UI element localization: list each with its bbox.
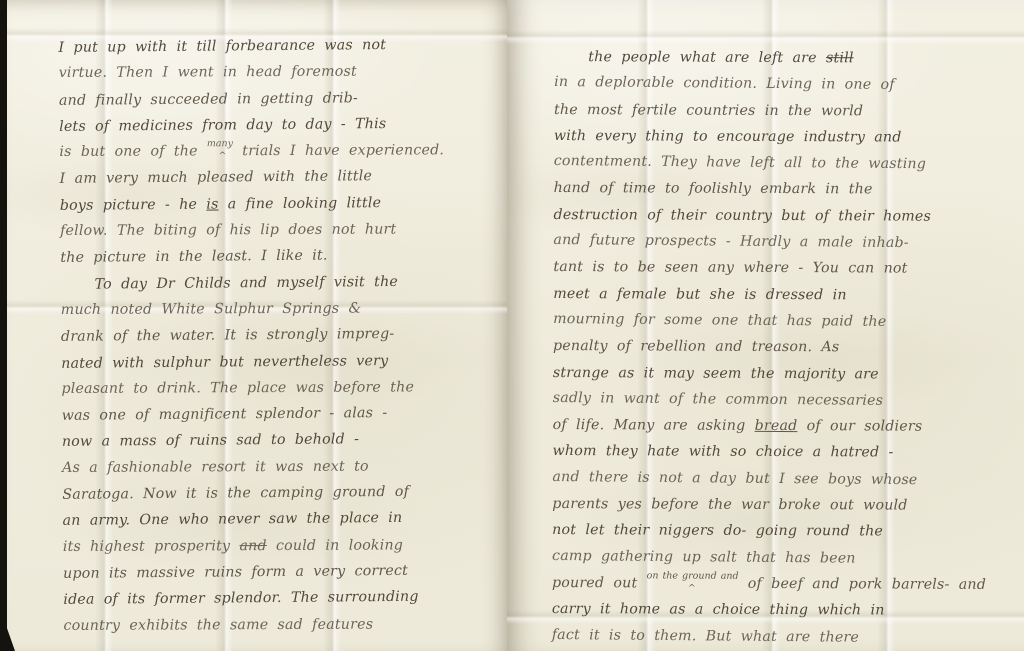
handwritten-line: poured out on the ground and of beef and… [552, 570, 1012, 598]
handwriting-segment: contentment. They have left all to the w… [554, 153, 926, 172]
letter-page-right: the people what are left are stillin a d… [507, 0, 1024, 651]
handwriting-insert-segment: on the ground and [647, 563, 739, 590]
handwritten-line: the picture in the least. I like it. [60, 242, 490, 272]
handwriting-segment: country exhibits the same sad features [63, 616, 373, 633]
handwritten-line: and future prospects - Hardly a male inh… [553, 227, 1013, 257]
handwriting-segment: meet a female but she is dressed in [553, 286, 847, 303]
handwriting-segment: whom they hate with so choice a hatred - [553, 443, 894, 460]
handwritten-line: whom they hate with so choice a hatred - [552, 438, 1012, 466]
handwritten-line: an army. One who never saw the place in [62, 504, 492, 534]
handwritten-line: not let their niggers do- going round th… [552, 517, 1012, 545]
handwritten-line: drank of the water. It is strongly impre… [61, 320, 491, 350]
handwriting-segment: and finally succeeded in getting drib- [59, 90, 358, 109]
handwritten-line: with every thing to encourage industry a… [554, 123, 1014, 151]
handwriting-segment: To day Dr Childs and myself visit the [94, 274, 398, 293]
handwritten-line: virtue. Then I went in head foremost [59, 58, 489, 86]
handwritten-line: parents yes before the war broke out wou… [552, 491, 1012, 519]
handwriting-segment: of beef and pork barrels- and [739, 576, 987, 593]
handwritten-line: I am very much pleased with the little [60, 163, 490, 193]
handwriting-segment: poured out [552, 575, 647, 591]
handwritten-line: tant is to be seen any where - You can n… [553, 254, 1013, 282]
handwriting-segment: upon its massive ruins form a very corre… [63, 563, 408, 582]
handwriting-segment: in a deplorable condition. Living in one… [554, 74, 895, 93]
handwritten-line: the people what are left are still [554, 44, 1014, 72]
handwriting-strike-segment: and [239, 538, 266, 554]
handwriting-segment: the most fertile countries in the world [554, 102, 863, 119]
handwritten-line: and there is not a day but I see boys wh… [552, 464, 1012, 494]
handwriting-segment: of life. Many are asking [553, 417, 755, 434]
handwriting-right-page: the people what are left are stillin a d… [552, 44, 1015, 651]
handwriting-segment: virtue. Then I went in head foremost [59, 64, 357, 81]
handwriting-insert-segment: many [207, 131, 233, 157]
handwriting-segment: not let their niggers do- going round th… [552, 522, 883, 539]
handwriting-segment: of our soldiers [797, 418, 922, 435]
handwriting-segment: and there is not a day but I see boys wh… [552, 469, 917, 488]
handwriting-segment: with every thing to encourage industry a… [554, 128, 902, 146]
handwriting-segment: fact it is to them. But what are there [552, 627, 859, 646]
handwriting-segment: tant is to be seen any where - You can n… [553, 259, 907, 277]
handwritten-line: of life. Many are asking bread of our so… [553, 412, 1013, 440]
handwritten-line: penalty of rebellion and treason. As [553, 333, 1013, 361]
handwriting-strike-segment: still [826, 50, 854, 66]
handwriting-segment: As a fashionable resort it was next to [62, 458, 369, 475]
handwriting-segment: penalty of rebellion and treason. As [553, 338, 839, 355]
handwriting-segment: sadly in want of the common necessaries [553, 390, 883, 409]
handwriting-segment: the picture in the least. I like it. [60, 248, 327, 266]
handwriting-segment: mourning for some one that has paid the [553, 311, 886, 330]
handwriting-segment: parents yes before the war broke out wou… [552, 496, 907, 514]
handwritten-line: now a mass of ruins sad to behold - [62, 426, 492, 456]
handwriting-left-page: I put up with it till forbearance was no… [58, 31, 493, 640]
handwritten-line: sadly in want of the common necessaries [553, 385, 1013, 415]
handwritten-line: hand of time to foolishly embark in the [554, 175, 1014, 203]
handwritten-line: camp gathering up salt that has been [552, 543, 1012, 573]
handwriting-segment: now a mass of ruins sad to behold - [62, 432, 359, 451]
handwritten-line: and finally succeeded in getting drib- [59, 84, 489, 114]
letter-scan: I put up with it till forbearance was no… [0, 0, 1024, 651]
handwritten-line: nated with sulphur but nevertheless very [61, 347, 491, 377]
handwriting-segment: nated with sulphur but nevertheless very [61, 353, 388, 372]
handwritten-line: was one of magnificent splendor - alas - [62, 399, 492, 429]
handwritten-line: carry it home as a choice thing which in [552, 596, 1012, 624]
handwriting-segment: idea of its former splendor. The surroun… [63, 589, 418, 608]
handwriting-segment: hand of time to foolishly embark in the [554, 180, 873, 197]
handwritten-line: country exhibits the same sad features [63, 611, 493, 639]
handwriting-segment: trials I have experienced. [233, 142, 444, 159]
handwriting-segment: its highest prosperity [63, 538, 240, 555]
handwritten-line: As a fashionable resort it was next to [62, 453, 492, 481]
handwritten-line: pleasant to drink. The place was before … [61, 374, 491, 402]
handwriting-segment: carry it home as a choice thing which in [552, 601, 885, 618]
handwriting-underline-segment: is [206, 196, 218, 212]
handwritten-line: fellow. The biting of his lip does not h… [60, 216, 490, 244]
handwriting-segment: could in looking [267, 537, 403, 554]
handwriting-segment: drank of the water. It is strongly impre… [61, 326, 394, 345]
handwriting-segment: much noted White Sulphur Springs & [61, 301, 362, 318]
handwritten-line: destruction of their country but of thei… [554, 202, 1014, 230]
handwritten-line: To day Dr Childs and myself visit the [60, 268, 490, 298]
handwriting-segment: boys picture - he [60, 196, 207, 213]
handwritten-line: Saratoga. Now it is the camping ground o… [62, 478, 492, 508]
handwritten-line: strange as it may seem the majority are [553, 360, 1013, 388]
handwriting-segment: was one of magnificent splendor - alas - [62, 405, 388, 424]
handwriting-segment: destruction of their country but of thei… [554, 207, 931, 225]
handwriting-segment: is but one of the [59, 143, 207, 160]
letter-page-left: I put up with it till forbearance was no… [7, 0, 507, 651]
handwritten-line: upon its massive ruins form a very corre… [63, 557, 493, 587]
handwritten-line: lets of medicines from day to day - This [59, 110, 489, 140]
handwriting-segment: I am very much pleased with the little [60, 169, 373, 188]
handwriting-segment: Saratoga. Now it is the camping ground o… [62, 484, 409, 503]
handwritten-line: fact it is to them. But what are there [552, 622, 1012, 651]
handwritten-line: idea of its former splendor. The surroun… [63, 583, 493, 613]
fold-crease [507, 30, 1024, 44]
handwriting-segment: I put up with it till forbearance was no… [58, 37, 386, 56]
handwriting-segment: an army. One who never saw the place in [63, 510, 403, 529]
handwritten-line: is but one of the many trials I have exp… [59, 137, 489, 165]
handwritten-line: much noted White Sulphur Springs & [61, 295, 491, 323]
handwriting-underline-segment: bread [755, 418, 798, 434]
handwritten-line: mourning for some one that has paid the [553, 306, 1013, 336]
handwritten-line: boys picture - he is a fine looking litt… [60, 189, 490, 219]
handwriting-segment: a fine looking little [218, 195, 381, 212]
handwriting-segment: strange as it may seem the majority are [553, 365, 879, 382]
handwriting-segment: and future prospects - Hardly a male inh… [553, 232, 908, 251]
handwriting-segment: the people what are left are [588, 49, 826, 66]
handwriting-segment: pleasant to drink. The place was before … [61, 379, 414, 397]
handwritten-line: the most fertile countries in the world [554, 97, 1014, 125]
handwriting-segment: fellow. The biting of his lip does not h… [60, 222, 396, 239]
handwritten-line: in a deplorable condition. Living in one… [554, 69, 1014, 99]
handwritten-line: meet a female but she is dressed in [553, 281, 1013, 309]
handwritten-line: contentment. They have left all to the w… [554, 148, 1014, 178]
handwritten-line: its highest prosperity and could in look… [63, 532, 493, 560]
handwritten-line: I put up with it till forbearance was no… [58, 31, 488, 61]
